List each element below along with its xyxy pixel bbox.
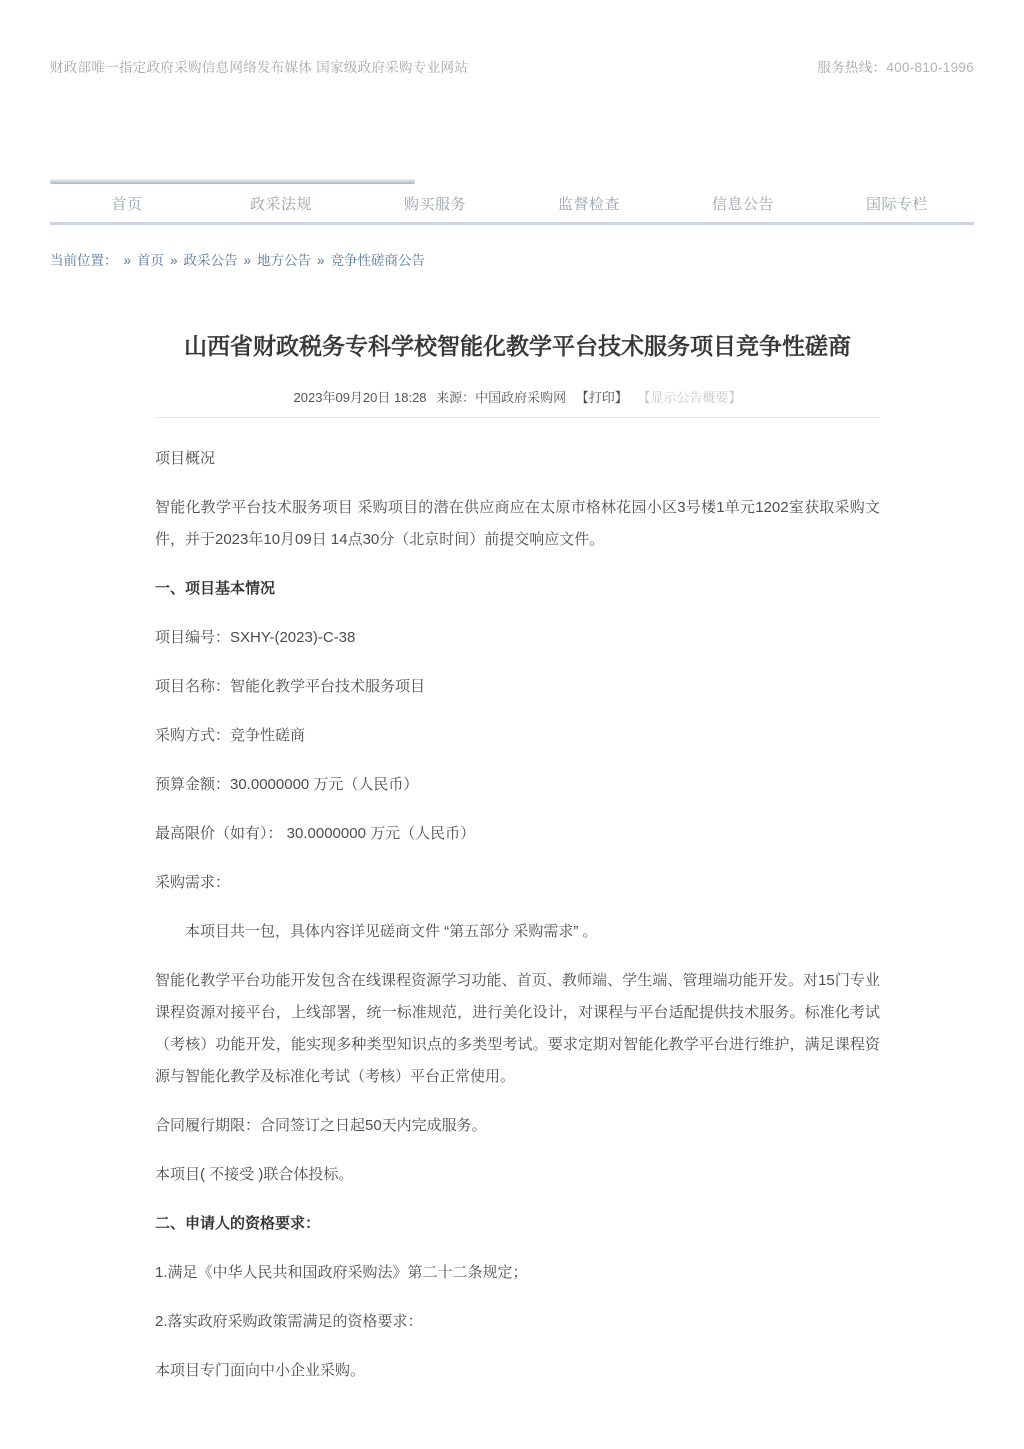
breadcrumb-separator: »: [244, 253, 252, 268]
article-source: 来源：中国政府采购网: [436, 390, 566, 405]
page-title: 山西省财政税务专科学校智能化教学平台技术服务项目竞争性磋商: [155, 331, 880, 361]
hotline-label: 服务热线：: [817, 60, 886, 75]
publish-datetime: 2023年09月20日 18:28: [294, 390, 427, 405]
nav-item[interactable]: 信息公告: [666, 193, 820, 214]
nav-item[interactable]: 国际专栏: [820, 193, 974, 214]
breadcrumb-separator: »: [170, 253, 178, 268]
article-paragraph: 项目编号：SXHY-(2023)-C-38: [155, 622, 880, 654]
article-paragraph: 2.落实政府采购政策需满足的资格要求：: [155, 1306, 880, 1338]
nav-item[interactable]: 购买服务: [358, 193, 512, 214]
breadcrumb-label: 当前位置：: [50, 253, 118, 268]
service-hotline: 服务热线：400-810-1996: [817, 56, 974, 76]
main-nav: 首页 政采法规 购买服务 监督检查 信息公告 国际专栏: [50, 179, 974, 225]
article-paragraph: 合同履行期限：合同签订之日起50天内完成服务。: [155, 1110, 880, 1142]
article-body: 项目概况 智能化教学平台技术服务项目 采购项目的潜在供应商应在太原市格林花园小区…: [155, 418, 880, 1387]
article-paragraph: 项目概况: [155, 443, 880, 475]
article-paragraph: 最高限价（如有）： 30.0000000 万元（人民币）: [155, 818, 880, 850]
article-paragraph: 一、项目基本情况: [155, 573, 880, 605]
article-paragraph: 本项目专门面向中小企业采购。: [155, 1355, 880, 1387]
article-paragraph: 智能化教学平台技术服务项目 采购项目的潜在供应商应在太原市格林花园小区3号楼1单…: [155, 492, 880, 556]
breadcrumb-link[interactable]: 地方公告: [257, 253, 311, 268]
top-utility-bar: 财政部唯一指定政府采购信息网络发布媒体 国家级政府采购专业网站 服务热线：400…: [0, 0, 1024, 76]
breadcrumb: 当前位置：»首页»政采公告»地方公告»竞争性磋商公告: [50, 249, 974, 269]
breadcrumb-link[interactable]: 政采公告: [184, 253, 238, 268]
article-paragraph: 1.满足《中华人民共和国政府采购法》第二十二条规定；: [155, 1257, 880, 1289]
breadcrumb-separator: »: [124, 253, 132, 268]
article-paragraph: 二、申请人的资格要求：: [155, 1208, 880, 1240]
article-paragraph: 采购需求：: [155, 867, 880, 899]
article-paragraph: 采购方式：竞争性磋商: [155, 720, 880, 752]
article-meta: 2023年09月20日 18:28 来源：中国政府采购网 【打印】 【显示公告概…: [155, 387, 880, 418]
breadcrumb-link[interactable]: 首页: [137, 253, 164, 268]
breadcrumb-link[interactable]: 竞争性磋商公告: [331, 253, 426, 268]
article-paragraph: 本项目( 不接受 )联合体投标。: [155, 1159, 880, 1191]
page: 财政部唯一指定政府采购信息网络发布媒体 国家级政府采购专业网站 服务热线：400…: [0, 0, 1024, 1449]
announcement-article: 山西省财政税务专科学校智能化教学平台技术服务项目竞争性磋商 2023年09月20…: [155, 331, 880, 1387]
article-paragraph: 预算金额：30.0000000 万元（人民币）: [155, 769, 880, 801]
breadcrumb-separator: »: [317, 253, 325, 268]
article-paragraph: 智能化教学平台功能开发包含在线课程资源学习功能、首页、教师端、学生端、管理端功能…: [155, 965, 880, 1093]
nav-item[interactable]: 政采法规: [204, 193, 358, 214]
print-button[interactable]: 【打印】: [576, 390, 628, 405]
article-paragraph: 项目名称：智能化教学平台技术服务项目: [155, 671, 880, 703]
nav-item[interactable]: 首页: [50, 193, 204, 214]
article-paragraph: 本项目共一包，具体内容详见磋商文件 “第五部分 采购需求” 。: [155, 916, 880, 948]
hotline-number: 400-810-1996: [886, 60, 974, 75]
nav-row: 首页 政采法规 购买服务 监督检查 信息公告 国际专栏: [50, 184, 974, 225]
nav-item[interactable]: 监督检查: [512, 193, 666, 214]
site-slogan: 财政部唯一指定政府采购信息网络发布媒体 国家级政府采购专业网站: [50, 56, 468, 76]
show-summary-button[interactable]: 【显示公告概要】: [637, 390, 741, 405]
